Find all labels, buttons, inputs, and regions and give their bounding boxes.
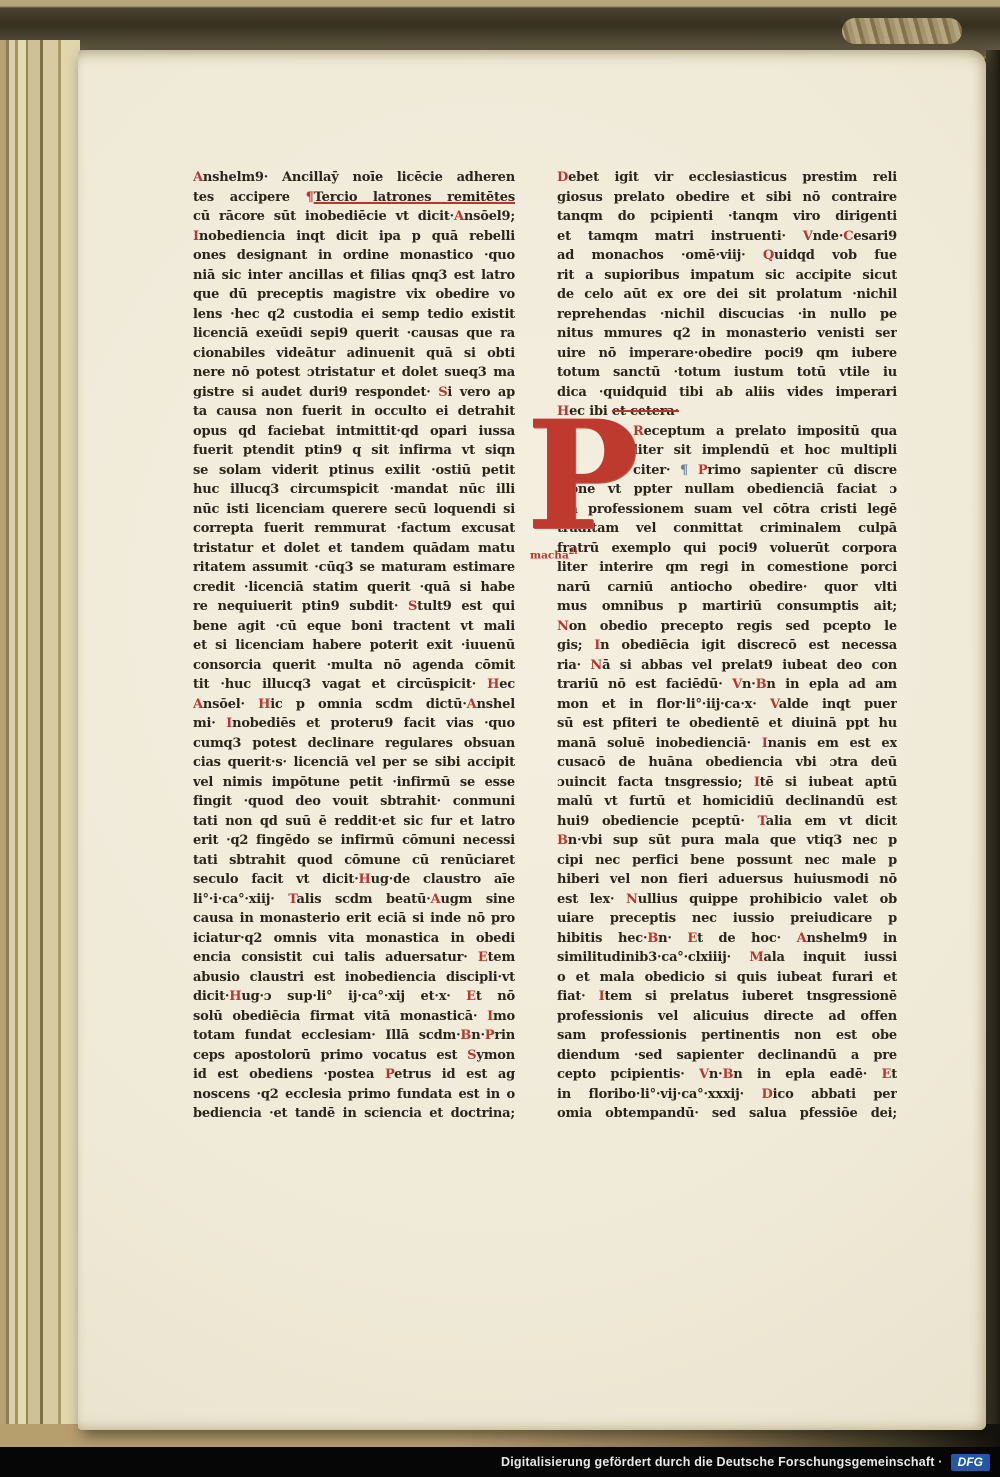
text-line: similitudinib3·ca°·clxiiij· Mala inquit …: [557, 948, 897, 968]
rubricated-text: A: [193, 170, 203, 185]
text-line: vel nimis impōtune petit ·infirmū se ess…: [193, 773, 515, 793]
text-line: cipi nec perfici bene possunt nec male p: [557, 851, 897, 871]
text-line: solū obediēcia firmat vitā monasticā· Im…: [193, 1007, 515, 1027]
text-line: Anshelm9· Ancillaȳ noīe licēcie adheren: [193, 168, 515, 188]
text-line: rit a supioribus impatum sic accipite si…: [557, 266, 897, 286]
rubricated-text: I: [487, 1009, 493, 1024]
rubricated-text: C: [843, 229, 853, 244]
rubricated-text: ¶: [680, 463, 688, 478]
text-line: mus omnibus p martiriū consumptis ait;: [557, 597, 897, 617]
text-line: hui9 obediencie pceptū· Talia em vt dici…: [557, 812, 897, 832]
text-line: cionabiles videātur adinuenit quā si obt…: [193, 344, 515, 364]
text-line: tanqm do pcipienti ·tanqm viro dirigenti: [557, 207, 897, 227]
text-line: nūc isti licenciam querere secū loquendi…: [193, 500, 515, 520]
text-line: fingit ·quod deo vouit sbtrahit· conmuni: [193, 792, 515, 812]
rubricated-text: S: [467, 1048, 476, 1063]
text-line: encia consistit cui talis aduersatur· Et…: [193, 948, 515, 968]
text-line: gis; In obediēcia igit discrecō est nece…: [557, 636, 897, 656]
rubricated-text: D: [557, 170, 568, 185]
text-line: consorcia querit ·multa nō agenda cōmit: [193, 656, 515, 676]
text-line: Debet igit vir ecclesiasticus prestim re…: [557, 168, 897, 188]
margin-note: macha2l: [530, 546, 577, 561]
text-line: nere nō potest ɔtristatur et dolet sueq3…: [193, 363, 515, 383]
text-line: totam fundat ecclesiam· Illā scdm·Bn·Pri…: [193, 1026, 515, 1046]
text-line: cumq3 potest declinare regulares obsuan: [193, 734, 515, 754]
text-line: se solam viderit ptinus exilit ·ostiū pe…: [193, 461, 515, 481]
rubricated-text: A: [193, 697, 203, 712]
rubricated-text: I: [594, 638, 600, 653]
text-line: ad monachos ·omē·viij· Quidqd vob fue: [557, 246, 897, 266]
text-line: nitus mmures q2 in monasterio venisti se…: [557, 324, 897, 344]
text-line: totum sanctū ·totum iustum totū vtile iu: [557, 363, 897, 383]
right-column: Debet igit vir ecclesiasticus prestim re…: [557, 168, 897, 1124]
text-line: est lex· Nullius quippe prohibicio valet…: [557, 890, 897, 910]
text-line: fuerit ptendit ptin9 q sit infirma vt si…: [193, 441, 515, 461]
rubricated-text: E: [687, 931, 697, 946]
rubricated-text: N: [626, 892, 638, 907]
text-line: correpta fuerit remmurat ·factum excusat: [193, 519, 515, 539]
text-line: ones designant in ordine monastico ·quo: [193, 246, 515, 266]
text-line: noscens ·q2 ecclesia primo fundata est i…: [193, 1085, 515, 1105]
rubricated-text: Q: [763, 248, 774, 263]
rubricated-text: H: [229, 989, 241, 1004]
rubricated-text: P: [698, 463, 708, 478]
text-line: iciatur·q2 omnis vita monastica in obedi: [193, 929, 515, 949]
text-line: tes accipere ¶Tercio latrones remitētes: [193, 188, 515, 208]
text-line: seculo facit vt dicit·Hug·de claustro aī…: [193, 870, 515, 890]
rubricated-text: B: [647, 931, 658, 946]
text-line: lens ·hec q2 custodia ei semp tedio exis…: [193, 305, 515, 325]
text-line: credit ·licenciā statim querit ·quā si h…: [193, 578, 515, 598]
text-line: que dū preceptis magistre vix obedire vo: [193, 285, 515, 305]
rubricated-text: P: [485, 1028, 495, 1043]
text-line: manā soluē inobedienciā· Inanis em est e…: [557, 734, 897, 754]
text-line: narū carniū antiocho obedire· quor vlti: [557, 578, 897, 598]
footer-credit: Digitalisierung gefördert durch die Deut…: [501, 1455, 943, 1469]
rubricated-text: B: [557, 833, 568, 848]
rubricated-text: B: [460, 1028, 471, 1043]
text-line: mon et in flor·li°·iij·ca·x· Valde inqt …: [557, 695, 897, 715]
rubricated-text: H: [258, 697, 270, 712]
rubricated-text: V: [699, 1067, 709, 1082]
rubricated-text: P: [385, 1067, 394, 1082]
text-line: diendum ·sed sapienter declinandū a pre: [557, 1046, 897, 1066]
text-line: sū est pfiteri te obedientē et diuinā pp…: [557, 714, 897, 734]
rubricated-text: A: [431, 892, 441, 907]
rubricated-text: T: [758, 814, 766, 829]
text-line: mi· Inobediēs et proteru9 facit vias ·qu…: [193, 714, 515, 734]
digitization-footer: Digitalisierung gefördert durch die Deut…: [0, 1447, 1000, 1477]
text-line: ɔuincit facta tnsgressio; Itē si iubeat …: [557, 773, 897, 793]
text-line: dicit·Hug·ɔ sup·li° ij·ca°·xij et·x· Et …: [193, 987, 515, 1007]
rubricated-text: N: [557, 619, 569, 634]
text-line: hibitis hec·Bn· Et de hoc· Anshelm9 in: [557, 929, 897, 949]
text-line: id est obediens ·postea Petrus id est ag: [193, 1065, 515, 1085]
text-line: Non obedio precepto regis sed pcepto le: [557, 617, 897, 637]
text-line: bene agit ·cū eque boni tractent vt mali: [193, 617, 515, 637]
rubricated-text: H: [359, 872, 371, 887]
text-line: et si licenciam habere poterit exit ·iuu…: [193, 636, 515, 656]
text-line: abusio claustri est inobediencia discipl…: [193, 968, 515, 988]
text-line: niā sic inter ancillas et filias qnq3 es…: [193, 266, 515, 286]
text-line: in floribo·li°·vij·ca°·xxxij· Dico abbat…: [557, 1085, 897, 1105]
text-line: et tamqm matri instruenti· Vnde·Cesari9: [557, 227, 897, 247]
margin-note-text: macha: [530, 550, 569, 562]
text-line: ritatem assumit ·cūq3 se maturam estimar…: [193, 558, 515, 578]
page-edges-stack: [0, 40, 80, 1452]
text-line: bediencia ·et tandē in sciencia et doctr…: [193, 1104, 515, 1124]
text-line: trariū nō est faciēdū· Vn·Bn in epla ad …: [557, 675, 897, 695]
text-line: Ansōel· Hic p omnia scdm dictū·Anshel: [193, 695, 515, 715]
text-line: omia obtempandū· sed salua pfessiōe dei;: [557, 1104, 897, 1124]
text-line: licenciā exeūdi sepi9 querit ·causas que…: [193, 324, 515, 344]
text-line: sam professionis pertinentis non est obe: [557, 1026, 897, 1046]
text-line: cepto pcipientis· Vn·Bn in epla eadē· Et: [557, 1065, 897, 1085]
book-headband: [842, 18, 962, 44]
rubricated-text: A: [797, 931, 807, 946]
text-line: gistre si audet duri9 respondet· Si vero…: [193, 383, 515, 403]
text-line: tit ·huc illucq3 vagat et circūspicit· H…: [193, 675, 515, 695]
rubricated-text: I: [762, 736, 768, 751]
dfg-logo: DFG: [951, 1454, 990, 1471]
rubricated-text: B: [756, 677, 767, 692]
manuscript-scan: Anshelm9· Ancillaȳ noīe licēcie adherent…: [0, 0, 1000, 1477]
text-line: reprehendas ·nichil discucias ·in nullo …: [557, 305, 897, 325]
rubricated-text: I: [226, 716, 232, 731]
text-line: fiat· Item si prelatus iuberet tnsgressi…: [557, 987, 897, 1007]
rubricated-text: N: [590, 658, 602, 673]
rubricated-text: H: [487, 677, 499, 692]
rubricated-text: S: [438, 385, 447, 400]
rubricated-text: D: [762, 1087, 773, 1102]
text-line: uire nō imperare·obedire poci9 qm iubere: [557, 344, 897, 364]
rubricated-text: E: [881, 1067, 891, 1082]
rubricated-text: A: [467, 697, 477, 712]
text-line: professionis vel alicuius directe ad off…: [557, 1007, 897, 1027]
book-page: Anshelm9· Ancillaȳ noīe licēcie adherent…: [78, 50, 986, 1430]
text-line: opus qd faciebat intmittit·qd opari iuss…: [193, 422, 515, 442]
rubricated-text: E: [478, 950, 488, 965]
text-line: ria· Nā si abbas vel prelat9 iubeat deo …: [557, 656, 897, 676]
rubricated-text: I: [599, 989, 605, 1004]
rubricated-text: T: [288, 892, 296, 907]
text-line: cias querit·s· licenciā vel per se sibi …: [193, 753, 515, 773]
left-column: Anshelm9· Ancillaȳ noīe licēcie adherent…: [193, 168, 515, 1124]
book-right-shadow: [986, 50, 1000, 1450]
text-line: malū vt furtū et homicidiū declinandū es…: [557, 792, 897, 812]
text-line: o et mala obedicio si quis iubeat furari…: [557, 968, 897, 988]
text-line: tati non qd suū ē reddit·et sic fur et l…: [193, 812, 515, 832]
rubricated-text: V: [770, 697, 779, 712]
rubricated-text: Tercio latrones remitētes: [314, 190, 515, 205]
rubricated-text: ¶: [306, 190, 314, 205]
text-line: de celo aūt ex ore dei sit prolatum ·nic…: [557, 285, 897, 305]
rubricated-text: S: [408, 599, 417, 614]
text-line: giosus prelato obedire et sibi nō contra…: [557, 188, 897, 208]
text-line: ceps apostolorū primo vocatus est Symon: [193, 1046, 515, 1066]
margin-note-sup: 2l: [569, 546, 578, 556]
text-line: tristatur et dolet et tandem quādam matu: [193, 539, 515, 559]
text-line: cū rācore sūt inobediēcie vt dicit·Ansōe…: [193, 207, 515, 227]
text-line: uiare preceptis nec iussio preiudicare p: [557, 909, 897, 929]
text-line: causa in monasterio erit eciā si inde nō…: [193, 909, 515, 929]
rubricated-text: M: [749, 950, 763, 965]
text-line: li°·i·ca°·xiij· Talis scdm beatū·Augm si…: [193, 890, 515, 910]
text-line: ta causa non fuerit in occulto ei detrah…: [193, 402, 515, 422]
rubricated-text: B: [722, 1067, 733, 1082]
rubricated-text: V: [803, 229, 813, 244]
text-line: Bn·vbi sup sūt pura mala que vtiq3 nec p: [557, 831, 897, 851]
text-line: Inobediencia inqt dicit ipa p quā rebell…: [193, 227, 515, 247]
rubricated-text: E: [466, 989, 476, 1004]
rubricated-text: A: [454, 209, 464, 224]
text-line: huc illucq3 circumspicit ·mandat nūc ill…: [193, 480, 515, 500]
text-line: re nequiuerit ptin9 subdit· Stult9 est q…: [193, 597, 515, 617]
text-line: hiberi vel non fieri aduersus huiusmodi …: [557, 870, 897, 890]
text-line: erit ·q2 fingēdo se infirmū cōmuni neces…: [193, 831, 515, 851]
rubricated-text: I: [754, 775, 760, 790]
rubricated-text: V: [732, 677, 742, 692]
rubricated-text: I: [193, 229, 199, 244]
text-line: cusacō de huāna obediencia vbi ɔtra deū: [557, 753, 897, 773]
text-line: tati sbtrahit quod cōmune cū renūciaret: [193, 851, 515, 871]
